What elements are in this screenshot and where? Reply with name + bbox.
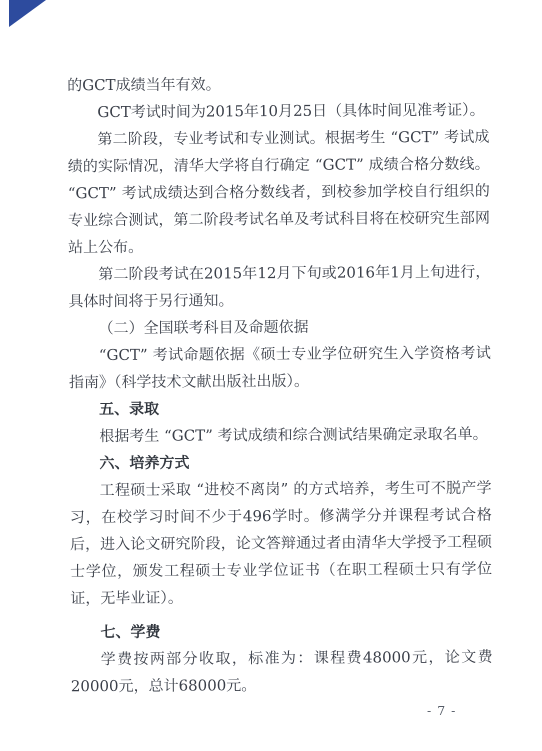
subheading-national-exam-subjects: （二）全国联考科目及命题依据: [69, 313, 491, 343]
section-heading-training-mode: 六、培养方式: [69, 448, 491, 478]
paragraph-gct-exam-guide: “GCT” 考试命题依据《硕士专业学位研究生入学资格考试指南》（科学技术文献出版…: [69, 340, 491, 397]
page-corner-scan-artifact: [9, 0, 46, 27]
paragraph-second-stage-exams: 第二阶段，专业考试和专业测试。根据考生 “GCT” 考试成绩的实际情况，清华大学…: [67, 124, 490, 262]
paragraph-gct-score-validity: 的GCT成绩当年有效。: [67, 70, 489, 100]
document-body: 的GCT成绩当年有效。 GCT考试时间为2015年10月25日（具体时间见准考证…: [67, 70, 493, 701]
paragraph-gct-exam-date: GCT考试时间为2015年10月25日（具体时间见准考证）。: [67, 97, 489, 127]
paragraph-admission-list: 根据考生 “GCT” 考试成绩和综合测试结果确定录取名单。: [69, 421, 491, 451]
section-heading-tuition: 七、学费: [70, 617, 492, 647]
paragraph-training-mode: 工程硕士采取 “进校不离岗” 的方式培养，考生可不脱产学习，在校学习时间不少于4…: [70, 475, 493, 613]
scanned-document-page: 的GCT成绩当年有效。 GCT考试时间为2015年10月25日（具体时间见准考证…: [0, 0, 542, 751]
page-number: - 7 -: [427, 703, 456, 718]
paragraph-tuition-fees: 学费按两部分收取，标准为：课程费48000元，论文费20000元，总计68000…: [71, 644, 493, 701]
paragraph-second-stage-schedule: 第二阶段考试在2015年12月下旬或2016年1月上旬进行，具体时间将于另行通知…: [68, 259, 490, 316]
section-heading-admission: 五、录取: [69, 394, 491, 424]
